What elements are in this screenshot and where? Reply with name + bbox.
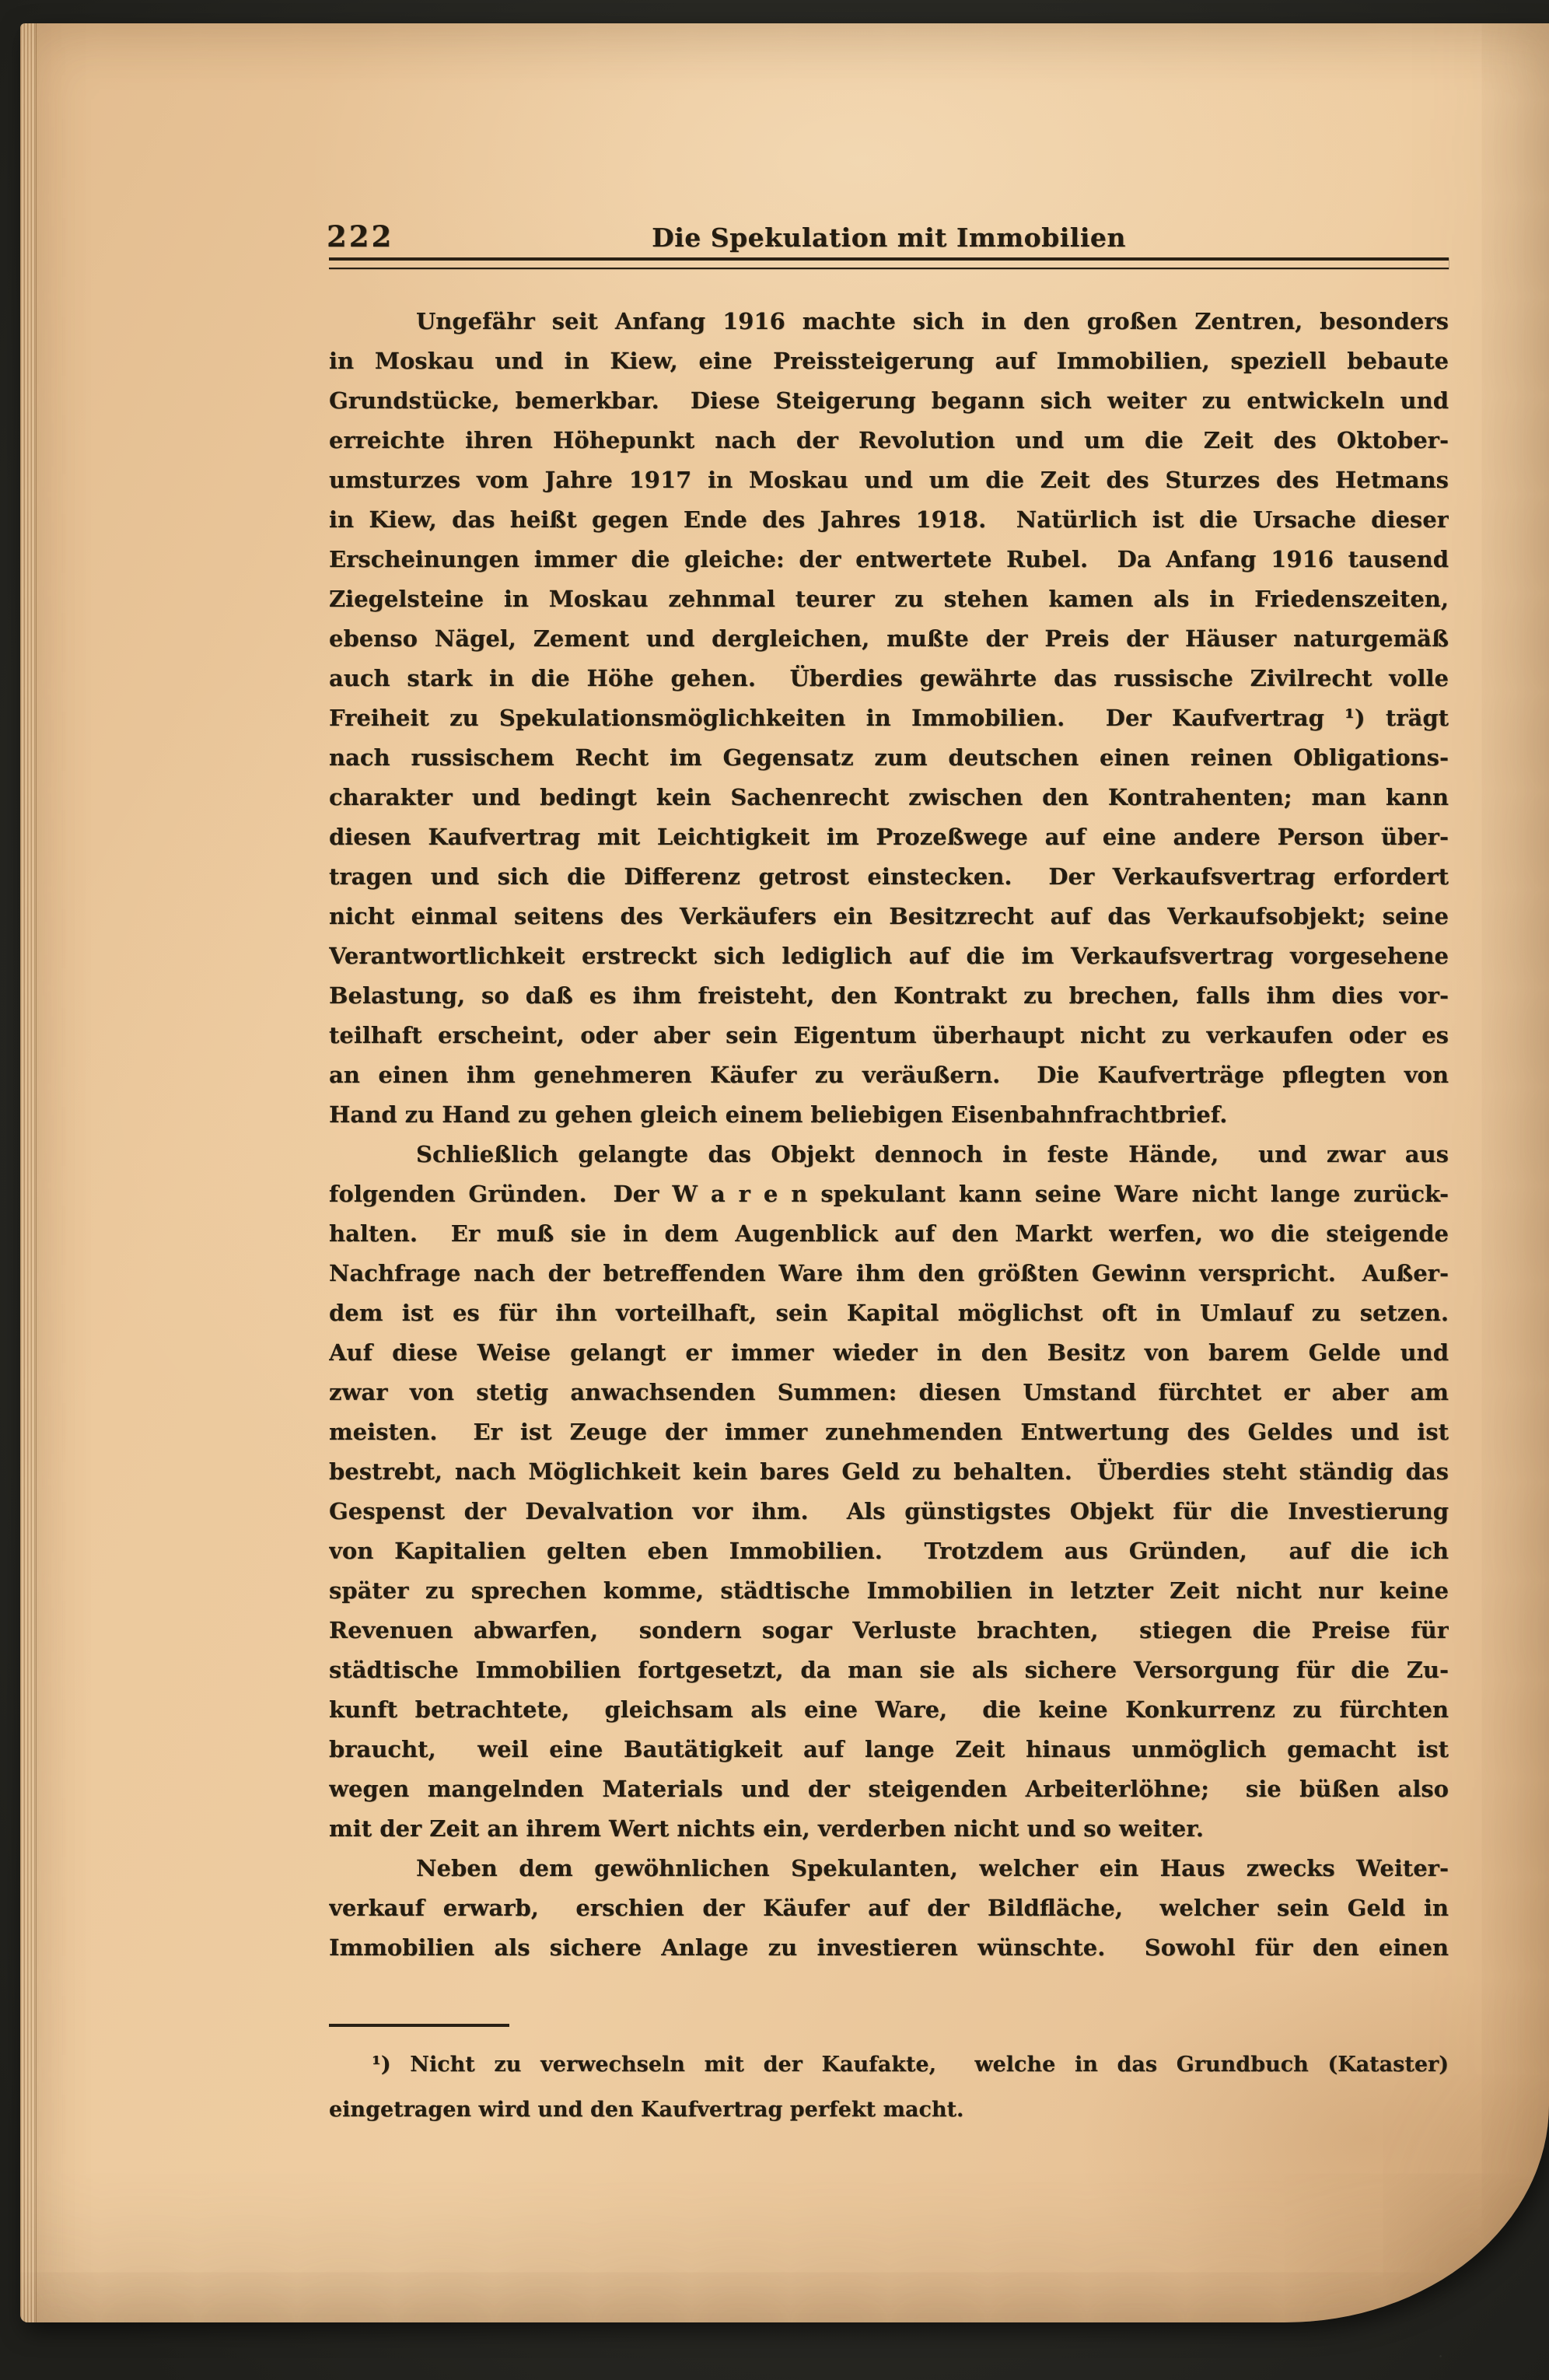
body-text-line: halten. Er muß sie in dem Augenblick auf… [329, 1214, 1449, 1254]
body-text-line: Schließlich gelangte das Objekt dennoch … [329, 1135, 1449, 1174]
body-text-line: braucht, weil eine Bautätigkeit auf lang… [329, 1730, 1449, 1769]
body-text-line: charakter und bedingt kein Sachenrecht z… [329, 778, 1449, 817]
body-text-line: Gespenst der Devalvation vor ihm. Als gü… [329, 1492, 1449, 1531]
body-text-line: an einen ihm genehmeren Käufer zu veräuß… [329, 1055, 1449, 1095]
body-text-line: Auf diese Weise gelangt er immer wieder … [329, 1333, 1449, 1373]
body-text-line: nach russischem Recht im Gegensatz zum d… [329, 738, 1449, 778]
body-text-line: später zu sprechen komme, städtische Imm… [329, 1571, 1449, 1611]
body-text-line: wegen mangelnden Materials und der steig… [329, 1769, 1449, 1809]
body-text-line: städtische Immobilien fortgesetzt, da ma… [329, 1650, 1449, 1690]
body-text-line: in Kiew, das heißt gegen Ende des Jahres… [329, 500, 1449, 540]
body-text-line: Freiheit zu Spekulationsmöglichkeiten in… [329, 698, 1449, 738]
body-text-line: auch stark in die Höhe gehen. Überdies g… [329, 659, 1449, 698]
footnote-block: ¹) Nicht zu verwechseln mit der Kaufakte… [329, 2042, 1449, 2133]
body-text-block: Ungefähr seit Anfang 1916 machte sich in… [329, 302, 1449, 1968]
body-text-line: Belastung, so daß es ihm freisteht, den … [329, 976, 1449, 1016]
body-text-line: Immobilien als sichere Anlage zu investi… [329, 1928, 1449, 1968]
body-text-line: Grundstücke, bemerkbar. Diese Steigerung… [329, 381, 1449, 421]
body-text-line: Ungefähr seit Anfang 1916 machte sich in… [329, 302, 1449, 341]
body-text-line: Neben dem gewöhnlichen Spekulanten, welc… [329, 1849, 1449, 1888]
footnote-line: ¹) Nicht zu verwechseln mit der Kaufakte… [329, 2042, 1449, 2088]
body-text-line: zwar von stetig anwachsenden Summen: die… [329, 1373, 1449, 1412]
body-text-line: Nachfrage nach der betreffenden Ware ihm… [329, 1254, 1449, 1293]
body-text-line: mit der Zeit an ihrem Wert nichts ein, v… [329, 1809, 1449, 1849]
body-text-line: Ziegelsteine in Moskau zehnmal teurer zu… [329, 579, 1449, 619]
stacked-page-edges [20, 23, 37, 2322]
header-double-rule [329, 257, 1449, 269]
body-text-line: tragen und sich die Differenz getrost ei… [329, 857, 1449, 897]
body-text-line: folgenden Gründen. Der W a r e n spekula… [329, 1174, 1449, 1214]
body-text-line: dem ist es für ihn vorteilhaft, sein Kap… [329, 1293, 1449, 1333]
body-text-line: von Kapitalien gelten eben Immobilien. T… [329, 1531, 1449, 1571]
body-text-line: diesen Kaufvertrag mit Leichtigkeit im P… [329, 817, 1449, 857]
body-text-line: teilhaft erscheint, oder aber sein Eigen… [329, 1016, 1449, 1055]
body-text-line: Erscheinungen immer die gleiche: der ent… [329, 540, 1449, 579]
body-text-line: Hand zu Hand zu gehen gleich einem belie… [329, 1095, 1449, 1135]
running-title: Die Spekulation mit Immobilien [329, 222, 1449, 253]
body-text-line: meisten. Er ist Zeuge der immer zunehmen… [329, 1412, 1449, 1452]
book-page: 222 Die Spekulation mit Immobilien Ungef… [20, 23, 1549, 2322]
body-text-line: ebenso Nägel, Zement und dergleichen, mu… [329, 619, 1449, 659]
body-text-line: nicht einmal seitens des Verkäufers ein … [329, 897, 1449, 936]
body-text-line: umsturzes vom Jahre 1917 in Moskau und u… [329, 460, 1449, 500]
body-text-line: bestrebt, nach Möglichkeit kein bares Ge… [329, 1452, 1449, 1492]
body-text-line: verkauf erwarb, erschien der Käufer auf … [329, 1888, 1449, 1928]
footnote-line: eingetragen wird und den Kaufvertrag per… [329, 2088, 1449, 2133]
footnote-separator-rule [329, 2024, 509, 2027]
body-text-line: in Moskau und in Kiew, eine Preissteiger… [329, 341, 1449, 381]
body-text-line: Verantwortlichkeit erstreckt sich ledigl… [329, 936, 1449, 976]
body-text-line: Revenuen abwarfen, sondern sogar Verlust… [329, 1611, 1449, 1650]
body-text-line: erreichte ihren Höhepunkt nach der Revol… [329, 421, 1449, 460]
body-text-line: kunft betrachtete, gleichsam als eine Wa… [329, 1690, 1449, 1730]
